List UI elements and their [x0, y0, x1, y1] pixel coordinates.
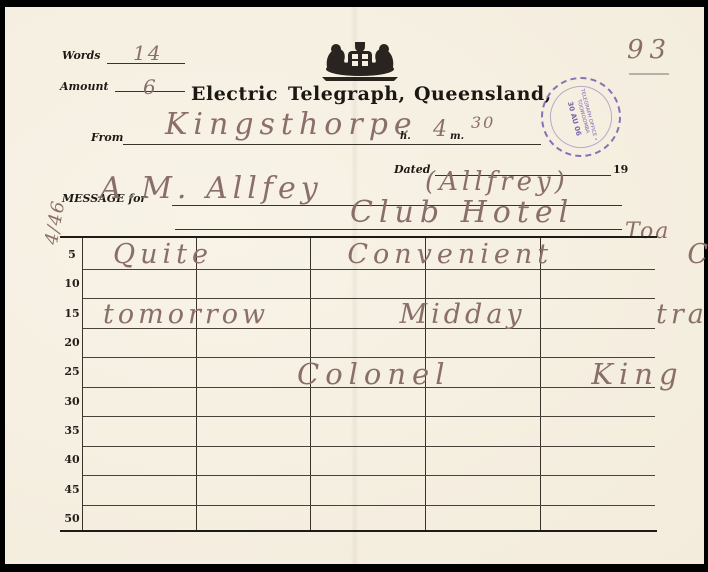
words-label: Words	[62, 49, 100, 62]
recipient-name-alt[interactable]: (Allfrey)	[425, 167, 569, 197]
row-number: 50	[61, 512, 83, 525]
grid-bottom-rule	[60, 530, 657, 532]
row-number: 25	[61, 365, 83, 378]
amount-value[interactable]: 6	[143, 75, 158, 99]
words-value[interactable]: 14	[133, 41, 162, 65]
row-number: 45	[61, 483, 83, 496]
grid-row-line	[83, 505, 655, 506]
recipient-name[interactable]: A.M. Allfey	[100, 171, 323, 206]
title-queensland: Queensland,	[414, 83, 552, 105]
recipient-address[interactable]: Club Hotel	[350, 195, 574, 230]
title-telegraph: Telegraph,	[288, 83, 406, 105]
row-number: 15	[61, 307, 83, 320]
from-time-h: h.	[400, 131, 411, 142]
corner-underline	[629, 73, 669, 75]
amount-label: Amount	[60, 80, 109, 93]
from-time-hour[interactable]: 4	[433, 117, 449, 142]
telegram-form: Words 14 Amount 6 Electric Telegraph, Qu…	[5, 7, 704, 564]
row-number: 35	[61, 424, 83, 437]
row-number: 10	[61, 277, 83, 290]
grid-top-rule	[60, 236, 657, 238]
grid-row-line	[83, 446, 655, 447]
from-time-minutes[interactable]: 30	[471, 113, 495, 132]
row-number: 30	[61, 395, 83, 408]
margin-note: 4/46	[41, 199, 69, 246]
message-line-2[interactable]: tomorrow Midday train	[103, 299, 708, 330]
row-number: 40	[61, 453, 83, 466]
row-number: 20	[61, 336, 83, 349]
from-value[interactable]: Kingsthorpe	[165, 107, 418, 142]
grid-row-line	[83, 416, 655, 417]
from-time-m: m.	[450, 131, 464, 142]
dated-year-prefix: 19	[613, 163, 628, 176]
row-number: 5	[61, 248, 83, 261]
corner-number: 93	[627, 35, 672, 65]
title-electric: Electric	[191, 83, 278, 105]
from-label: From	[91, 131, 123, 144]
from-field-line	[123, 144, 541, 145]
royal-coat-of-arms-icon	[318, 39, 402, 83]
message-line-1[interactable]: Quite Convenient Come	[113, 239, 708, 270]
grid-col-line-1	[196, 238, 197, 530]
message-line-3[interactable]: Colonel King	[297, 357, 684, 391]
grid-row-line	[83, 475, 655, 476]
